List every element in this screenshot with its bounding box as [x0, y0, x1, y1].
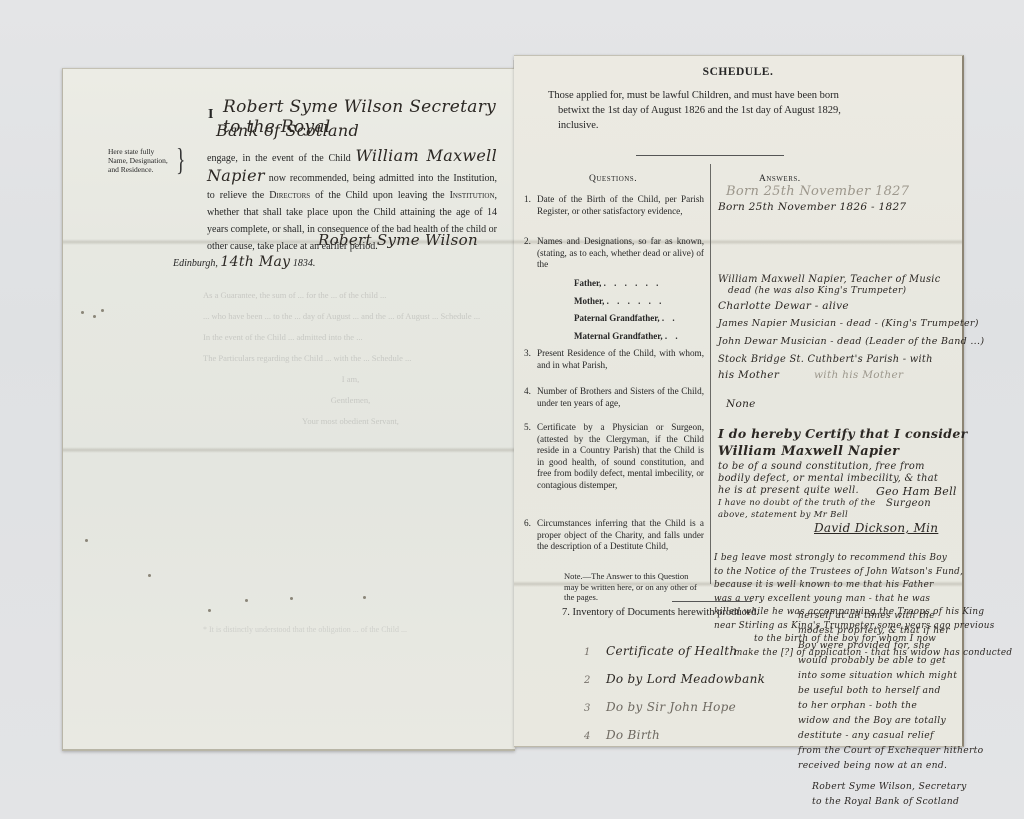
bleed-paragraph: Gentlemen, — [203, 394, 498, 407]
date-handwritten: 14th May — [220, 254, 290, 270]
letter-line: to the Notice of the Trustees of John Wa… — [714, 566, 964, 580]
letter-line: widow and the Boy are totally — [798, 713, 958, 728]
answer-residence-2: his Mother — [718, 369, 779, 381]
certificate-line: William Maxwell Napier — [718, 444, 899, 459]
bleed-paragraph: I am, — [203, 373, 498, 386]
declaration-prefix: I — [208, 107, 213, 123]
question-6: 6. Circumstances inferring that the Chil… — [524, 518, 704, 553]
column-divider — [710, 164, 711, 584]
declaration-directors: Directors — [269, 190, 310, 201]
certificate-line: above, statement by Mr Bell — [718, 510, 848, 520]
circumstances-letter-continued: herself at all times with the modest pro… — [798, 608, 958, 809]
bleed-paragraph: Your most obedient Servant, — [203, 415, 498, 428]
inventory-item: 4Do Birth — [584, 722, 765, 750]
inventory-list: 1Certificate of Health 2Do by Lord Meado… — [584, 638, 765, 750]
letter-line: modest propriety, & that if her — [798, 623, 958, 638]
divider-rule — [636, 155, 784, 156]
bleed-paragraph: In the event of the Child ... admitted i… — [203, 331, 498, 344]
declarant-name-line-2: Bank of Scotland — [216, 121, 359, 140]
right-page: SCHEDULE. Those applied for, must be law… — [514, 55, 964, 747]
certificate-line: I have no doubt of the truth of the — [718, 498, 876, 508]
declaration-institution: Institution — [450, 190, 495, 201]
inventory-title: 7. Inventory of Documents herewith produ… — [562, 607, 759, 618]
ink-spot — [290, 597, 293, 600]
declaration-text-3: of the Child upon leaving the — [315, 190, 444, 201]
date-place: Edinburgh, — [173, 258, 218, 269]
answer-note: Note.—The Answer to this Question may be… — [564, 571, 704, 603]
letter-line: be useful both to herself and — [798, 683, 958, 698]
letter-line: received being now at an end. — [798, 758, 958, 773]
fold-line — [63, 447, 515, 453]
answer-paternal-grandfather: James Napier Musician - dead - (King's T… — [718, 318, 979, 329]
ink-spot — [85, 539, 88, 542]
intro-line: inclusive. — [548, 118, 868, 133]
letter-line: would probably be able to get — [798, 653, 958, 668]
inventory-item: 3Do by Sir John Hope — [584, 694, 765, 722]
certificate-role: Surgeon — [886, 498, 931, 509]
letter-line: because it is well known to me that his … — [714, 579, 964, 593]
bleed-paragraph: As a Guarantee, the sum of ... for the .… — [203, 289, 498, 302]
declarant-signature: Robert Syme Wilson — [318, 231, 478, 249]
question-text: Names and Designations, so far as known,… — [524, 236, 704, 271]
bleed-paragraph: ... who have been ... to the ... day of … — [203, 310, 498, 323]
ink-spot — [81, 311, 84, 314]
secretary-title: to the Royal Bank of Scotland — [798, 794, 958, 809]
certificate-line: he is at present quite well. — [718, 485, 859, 496]
question-3: 3. Present Residence of the Child, with … — [524, 348, 704, 371]
question-5: 5. Certificate by a Physician or Surgeon… — [524, 422, 704, 491]
answer-siblings: None — [726, 398, 756, 410]
inventory-item: 1Certificate of Health — [584, 638, 765, 666]
ink-spot — [363, 596, 366, 599]
question-1: 1. Date of the Birth of the Child, per P… — [524, 194, 704, 217]
ink-spot — [208, 609, 211, 612]
inventory-item: 2Do by Lord Meadowbank — [584, 666, 765, 694]
bleed-paragraph: The Particulars regarding the Child ... … — [203, 352, 498, 365]
ink-spot — [148, 574, 151, 577]
relation-father: Father, . . . . . . — [574, 278, 704, 290]
question-text: Date of the Birth of the Child, per Pari… — [524, 194, 704, 217]
answer-father: William Maxwell Napier, Teacher of Music — [718, 274, 941, 285]
bleed-footnote: * It is distinctly understood that the o… — [203, 624, 498, 636]
secretary-signature: Robert Syme Wilson, Secretary — [798, 779, 958, 794]
question-text: Number of Brothers and Sisters of the Ch… — [524, 386, 704, 409]
letter-line: I beg leave most strongly to recommend t… — [714, 552, 964, 566]
letter-line: was a very excellent young man - that he… — [714, 593, 964, 607]
letter-line: from the Court of Exchequer hitherto — [798, 743, 958, 758]
certificate-signer: Geo Ham Bell — [876, 485, 957, 498]
answer-birth-pencil: Born 25th November 1827 — [726, 184, 909, 199]
minister-signature: David Dickson, Min — [814, 521, 938, 535]
intro-line: Those applied for, must be lawful Childr… — [548, 88, 868, 103]
answer-residence-pencil: with his Mother — [814, 369, 903, 381]
letter-line: to her orphan - both the — [798, 698, 958, 713]
question-text: Circumstances inferring that the Child i… — [524, 518, 704, 553]
questions-header: Questions. — [589, 174, 637, 184]
letter-line: into some situation which might — [798, 668, 958, 683]
answer-birth: Born 25th November 1826 - 1827 — [718, 201, 906, 213]
left-page: Here state fully Name, Designation, and … — [62, 68, 515, 751]
answer-maternal-grandfather: John Dewar Musician - dead (Leader of th… — [718, 336, 984, 347]
date-year: 1834. — [293, 258, 316, 269]
declaration-date: Edinburgh, 14th May 1834. — [173, 254, 315, 270]
margin-note: Here state fully Name, Designation, and … — [108, 147, 170, 174]
ink-spot — [245, 599, 248, 602]
answer-residence: Stock Bridge St. Cuthbert's Parish - wit… — [718, 354, 933, 365]
question-2: 2. Names and Designations, so far as kno… — [524, 236, 704, 271]
letter-line: Boy were provided for, she — [798, 638, 958, 653]
answer-mother: Charlotte Dewar - alive — [718, 300, 849, 312]
letter-line: herself at all times with the — [798, 608, 958, 623]
letter-line: destitute - any casual relief — [798, 728, 958, 743]
answer-father-status: dead (he was also King's Trumpeter) — [728, 286, 906, 296]
relation-mother: Mother, . . . . . . — [574, 296, 704, 308]
brace-icon: } — [176, 143, 185, 175]
ink-spot — [101, 309, 104, 312]
question-text: Present Residence of the Child, with who… — [524, 348, 704, 371]
divider-rule — [672, 601, 752, 602]
relation-maternal-grandfather: Maternal Grandfather, . . — [574, 331, 704, 343]
declaration-text-1: engage, in the event of the Child — [207, 153, 351, 164]
schedule-title: SCHEDULE. — [514, 66, 962, 78]
certificate-line: bodily defect, or mental imbecility, & t… — [718, 473, 938, 484]
schedule-intro: Those applied for, must be lawful Childr… — [548, 88, 868, 133]
relation-paternal-grandfather: Paternal Grandfather, . . — [574, 313, 704, 325]
ink-spot — [93, 315, 96, 318]
question-4: 4. Number of Brothers and Sisters of the… — [524, 386, 704, 409]
certificate-line: to be of a sound constitution, free from — [718, 461, 925, 472]
question-text: Certificate by a Physician or Surgeon, (… — [524, 422, 704, 491]
intro-line: betwixt the 1st day of August 1826 and t… — [548, 103, 868, 118]
bleed-through-text: As a Guarantee, the sum of ... for the .… — [203, 289, 498, 436]
certificate-line: I do hereby Certify that I consider — [718, 426, 967, 441]
answers-header: Answers. — [759, 174, 801, 184]
